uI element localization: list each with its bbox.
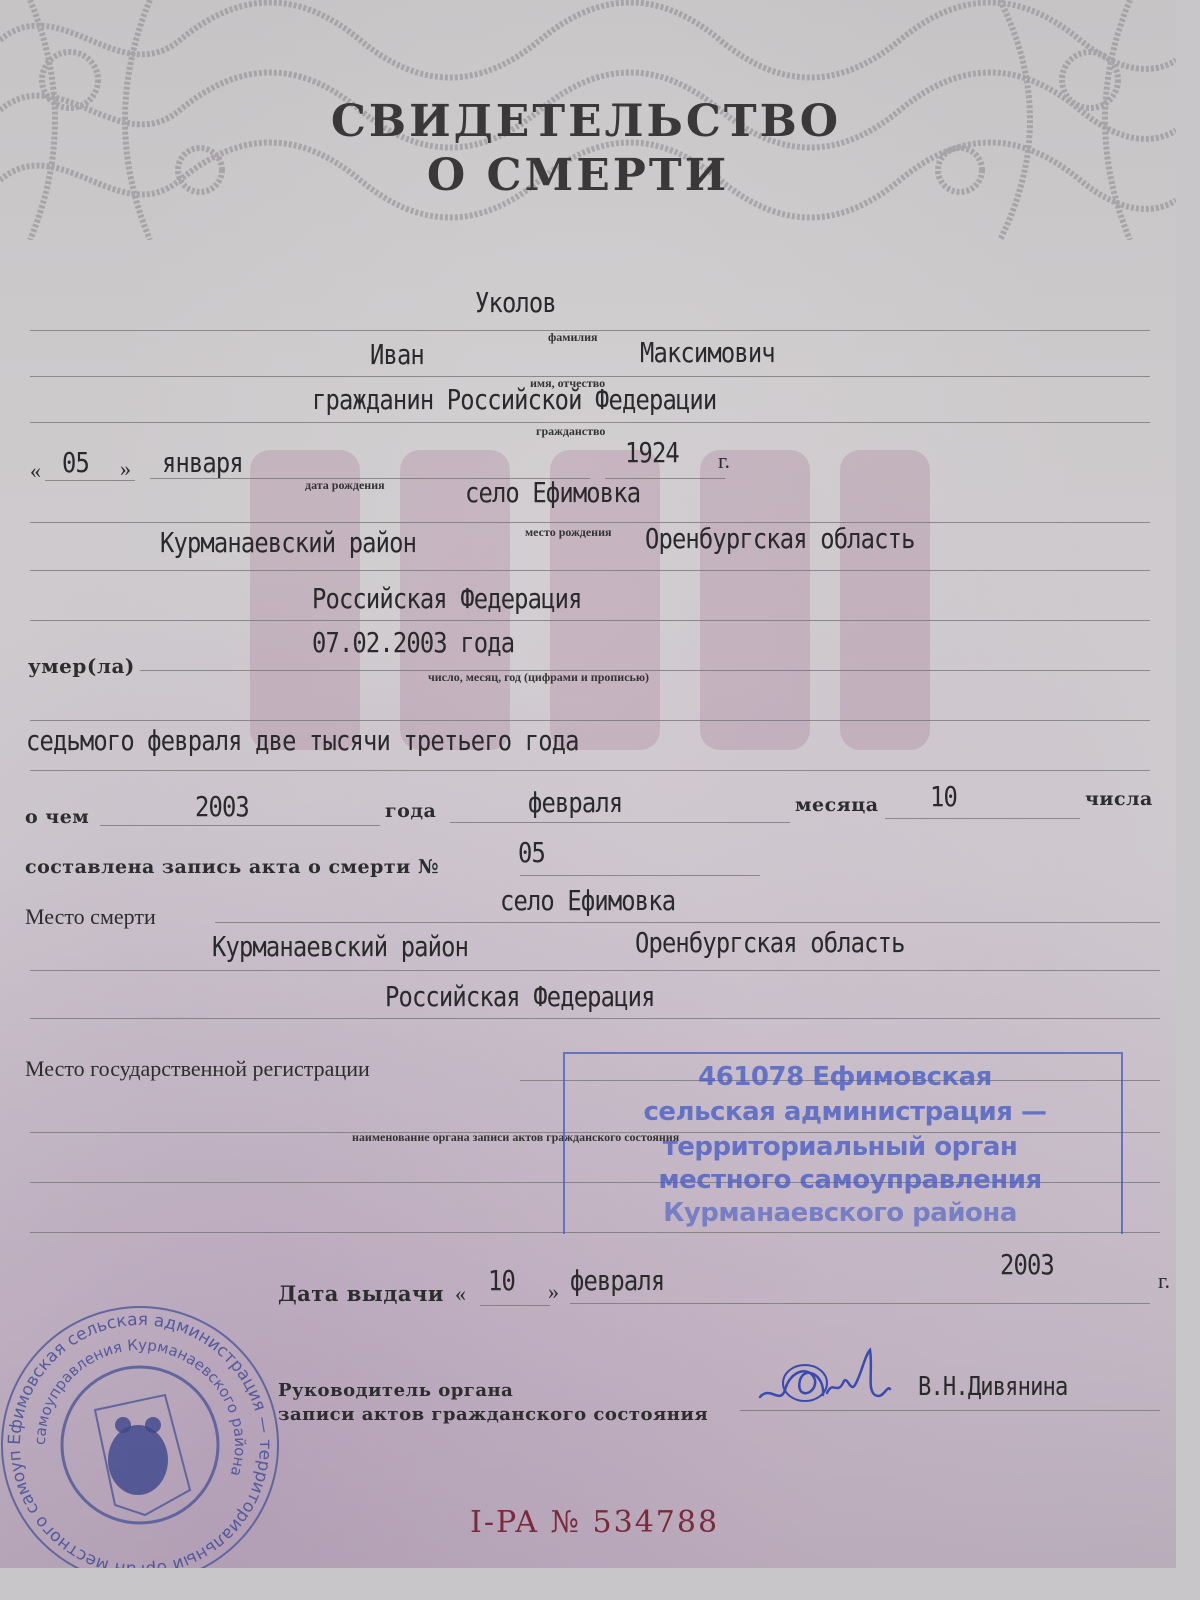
issue-year-value: 2003: [1000, 1248, 1054, 1281]
birth-place-region: Оренбургская область: [645, 522, 915, 555]
field-line: [30, 1018, 1160, 1019]
first-name-value: Иван: [370, 338, 424, 371]
record-month-value: февраля: [528, 786, 622, 819]
official-role-line1: Руководитель органа: [278, 1380, 513, 1401]
stamp-line: Курманаевского района: [555, 1198, 1125, 1228]
death-certificate: СВИДЕТЕЛЬСТВО О СМЕРТИ Уколов фамилия Ив…: [0, 0, 1176, 1568]
issue-date-label: Дата выдачи: [278, 1281, 444, 1306]
birth-place-district: Курманаевский район: [160, 526, 416, 559]
birth-year-value: 1924: [625, 436, 679, 469]
surname-value: Уколов: [475, 286, 556, 319]
stamp-line: сельская администрация —: [560, 1097, 1130, 1127]
death-date-digits: 07.02.2003 года: [312, 626, 514, 659]
document-subtitle: О СМЕРТИ: [0, 150, 1166, 202]
citizenship-value: гражданин Российской Федерации: [312, 383, 716, 416]
patronymic-value: Максимович: [640, 336, 775, 369]
signature: [755, 1345, 915, 1415]
field-line: [450, 822, 790, 823]
official-seal: Ефимовская сельская администрация — терр…: [0, 1300, 285, 1568]
record-month-label: месяца: [795, 794, 879, 816]
birth-month-value: января: [162, 446, 243, 479]
birth-place-caption: место рождения: [525, 525, 612, 540]
birth-quote-close: »: [120, 456, 131, 482]
issue-year-suffix: г.: [1158, 1268, 1170, 1294]
record-year-value: 2003: [195, 790, 249, 823]
field-line: [570, 1303, 1150, 1304]
issue-quote-open: «: [455, 1281, 466, 1307]
birth-day-value: 05: [62, 446, 89, 479]
death-place-district: Курманаевский район: [212, 930, 468, 963]
death-place-label: Место смерти: [25, 904, 156, 930]
birth-date-caption: дата рождения: [305, 478, 385, 493]
official-role-line2: записи актов гражданского состояния: [278, 1404, 708, 1425]
field-line: [30, 620, 1150, 621]
record-day-label: числа: [1085, 788, 1153, 810]
field-line: [30, 522, 1150, 523]
stamp-line: местного самоуправления: [565, 1165, 1135, 1195]
field-line: [30, 570, 1150, 571]
death-place-country: Российская Федерация: [385, 980, 655, 1013]
record-act-number: 05: [518, 836, 545, 869]
birth-year-suffix: г.: [718, 448, 730, 474]
document-serial-number: I-PA № 534788: [470, 1505, 719, 1540]
stamp-line: территориальный орган: [555, 1132, 1125, 1162]
field-line: [885, 818, 1080, 819]
surname-caption: фамилия: [548, 330, 598, 345]
issue-quote-close: »: [548, 1279, 559, 1305]
field-line: [30, 720, 1150, 721]
birth-quote-open: «: [30, 458, 41, 484]
death-place-region: Оренбургская область: [635, 926, 905, 959]
birth-place-line1: село Ефимовка: [465, 476, 640, 509]
field-line: [30, 422, 1150, 423]
record-about-label: о чем: [25, 806, 89, 828]
registration-label: Место государственной регистрации: [25, 1056, 370, 1082]
death-date-caption: число, месяц, год (цифрами и прописью): [428, 670, 649, 685]
citizenship-caption: гражданство: [536, 424, 605, 439]
field-line: [520, 875, 760, 876]
field-line: [100, 825, 380, 826]
birth-place-country: Российская Федерация: [312, 582, 582, 615]
issue-month-value: февраля: [570, 1264, 664, 1297]
field-line: [215, 922, 1160, 923]
issue-day-value: 10: [488, 1264, 515, 1297]
field-line: [30, 770, 1150, 771]
stamp-line: 461078 Ефимовская: [560, 1062, 1130, 1092]
death-label: умер(ла): [28, 654, 135, 678]
official-name: В.Н.Дивянина: [918, 1372, 1067, 1402]
death-place-line1: село Ефимовка: [500, 884, 675, 917]
document-title: СВИДЕТЕЛЬСТВО: [0, 96, 1174, 148]
death-date-words: седьмого февраля две тысячи третьего год…: [26, 724, 579, 757]
field-line: [480, 1305, 550, 1306]
record-act-label: составлена запись акта о смерти №: [25, 856, 439, 878]
record-year-label: года: [385, 800, 436, 822]
record-day-value: 10: [930, 780, 957, 813]
field-line: [30, 970, 1160, 971]
